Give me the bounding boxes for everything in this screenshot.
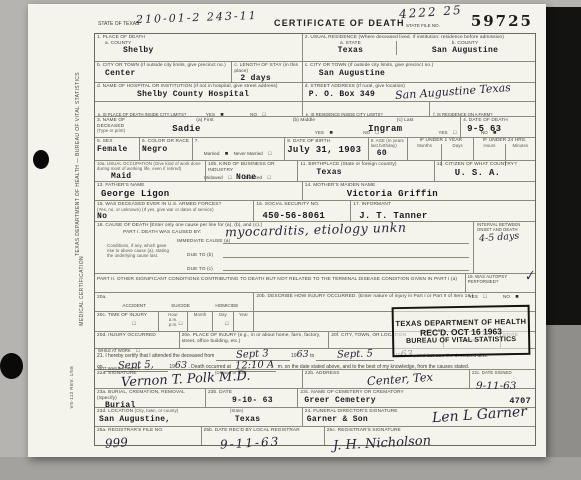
field-date-of-death: 4. DATE OF DEATH 9-5 63 — [460, 117, 535, 137]
from-year-handwritten: 63 — [297, 350, 309, 360]
attended-to-slot: Sept. 5 — [316, 350, 394, 361]
field-residence-city: c. CITY OR TOWN (If outside city limits,… — [302, 62, 535, 82]
row-sex-race-marital: 5. SEX Female 6. COLOR OR RACE Negro 7. … — [95, 137, 535, 160]
row-armed-ssn-informant: 15. WAS DECEASED EVER IN U.S. ARMED FORC… — [95, 200, 535, 221]
row-occupation: 10a. USUAL OCCUPATION (Give kind of work… — [95, 160, 535, 181]
accident-label: ACCIDENT — [122, 303, 145, 308]
location-label-text: 23d. LOCATION — [97, 409, 133, 414]
length-of-stay-value: 2 days — [240, 74, 299, 83]
interval-column-divider — [473, 222, 474, 273]
field-first-name: (a) First Sadie — [152, 117, 258, 137]
date-of-birth-value: July 31, 1903 — [287, 145, 366, 155]
field-sex: 5. SEX Female — [95, 138, 139, 160]
last-name-value: Ingram — [368, 124, 458, 134]
year-label: Year — [234, 313, 254, 318]
occupation-label: 10a. USUAL OCCUPATION (Give kind of work… — [97, 162, 203, 172]
row-part2-autopsy: PART II. OTHER SIGNIFICANT CONDITIONS CO… — [95, 273, 535, 292]
day-label: Day — [213, 313, 233, 318]
injury-day-cell: Day — [212, 312, 233, 331]
registrar-file-no-handwritten: 999 — [105, 436, 129, 450]
interval-handwritten: 4-5 days — [479, 232, 520, 244]
registrar-signature-handwritten: J. H. Nicholson — [333, 434, 432, 452]
burial-type-label: 23a. BURIAL, CREMATION, REMOVAL (Specify… — [97, 390, 203, 401]
minutes-label: Minutes — [508, 144, 533, 149]
scanner-black-margin — [546, 7, 581, 325]
certificate-number: 59725 — [471, 12, 533, 30]
row-place-residence: 1. PLACE OF DEATH a. COUNTY Shelby 2. US… — [95, 34, 535, 61]
certificate-header: STATE OF TEXAS 210-01-2 243-11 CERTIFICA… — [94, 10, 536, 33]
cause-line-c — [223, 270, 469, 271]
business-value: None — [236, 173, 295, 182]
burial-date-value: 9-10- 63 — [232, 396, 295, 405]
field-usual-residence: 2. USUAL RESIDENCE (Where deceased lived… — [302, 34, 535, 61]
cemetery-value: Greer Cemetery — [304, 396, 533, 405]
fathers-name-value: George Ligon — [101, 189, 300, 199]
residence-county-cell: b. COUNTY San Augustine — [396, 41, 533, 56]
homicide-label: HOMICIDE — [215, 303, 238, 308]
field-if-under-1-year: IF UNDER 1 YEAR Months Days — [407, 138, 473, 160]
field-last-name: (c) Last Ingram — [350, 117, 460, 137]
pm-label: p.m. — [159, 323, 187, 328]
row-city-stay: b. CITY OR TOWN (If outside city limits,… — [95, 61, 535, 82]
cause-line-b — [223, 257, 469, 258]
county-value: Shelby — [123, 46, 300, 55]
field-color-race: 6. COLOR OR RACE Negro — [139, 138, 192, 160]
marital-number-label: 7. — [195, 139, 199, 145]
never-married-checkbox: □ — [268, 151, 271, 157]
armed-forces-value: No — [97, 212, 251, 221]
residence-state-county-split: a. STATE Texas b. COUNTY San Augustine — [305, 41, 533, 56]
length-of-stay-label: c. LENGTH OF STAY (in this place) — [234, 63, 299, 74]
never-married-label: Never Married — [234, 151, 263, 158]
field-middle-name: (b) Middle — [258, 117, 350, 137]
ssn-value: 450-56-8061 — [262, 211, 348, 221]
field-injury-occurred: 20d. INJURY OCCURRED WHILE AT WORK □ NOT… — [95, 332, 179, 348]
margin-department-vertical-text: TEXAS DEPARTMENT OF HEALTH — BUREAU OF V… — [75, 72, 81, 256]
date-of-death-value: 9-5 63 — [467, 124, 533, 134]
place-city-label: b. CITY OR TOWN (If outside city limits,… — [97, 63, 229, 69]
field-death-inside-city-limits: e. IS PLACE OF DEATH INSIDE CITY LIMITS?… — [95, 102, 302, 116]
field-accident-suicide-homicide: 20a. ACCIDENT □ SUICIDE □ HOMICIDE □ — [95, 293, 253, 311]
field-physician-address: 22b. ADDRESS Center, Tex — [302, 370, 469, 388]
field-burial-type: 23a. BURIAL, CREMATION, REMOVAL (Specify… — [95, 389, 205, 407]
attended-to-handwritten: Sept. 5 — [337, 349, 373, 360]
field-funeral-director: 24. FUNERAL DIRECTOR'S SIGNATURE Garner … — [302, 408, 535, 426]
field-physician-signature: 22a. SIGNATURE Vernon T. Polk M.D. (Degr… — [95, 370, 302, 388]
field-business-industry: 10b. KIND OF BUSINESS OR INDUSTRY None — [205, 161, 297, 181]
due-to-b-label: DUE TO (b) — [187, 253, 213, 259]
row-city-limits-checkboxes: e. IS PLACE OF DEATH INSIDE CITY LIMITS?… — [95, 101, 535, 116]
registrar-file-no-label: 25a. REGISTRAR'S FILE NO. — [97, 428, 199, 434]
row-burial: 23a. BURIAL, CREMATION, REMOVAL (Specify… — [95, 388, 535, 407]
field-place-of-death-county: 1. PLACE OF DEATH a. COUNTY Shelby — [95, 34, 302, 61]
field-autopsy: 19. WAS AUTOPSY PERFORMED? YES □ NO ■ ✓ — [465, 274, 535, 292]
sex-value: Female — [97, 145, 137, 154]
field-date-of-birth: 8. DATE OF BIRTH July 31, 1903 — [284, 138, 368, 160]
injury-occurred-label: 20d. INJURY OCCURRED — [97, 333, 177, 339]
certificate-paper: TEXAS DEPARTMENT OF HEALTH — BUREAU OF V… — [28, 4, 546, 457]
time-of-injury-label-cell: 20c. TIME OF INJURY — [95, 312, 158, 331]
married-label: Married — [204, 151, 220, 158]
mothers-name-value: Victoria Griffin — [347, 189, 533, 199]
color-race-value: Negro — [142, 145, 190, 154]
field-street-address: d. STREET ADDRESS (If rural, give locati… — [302, 83, 535, 101]
death-certificate-scan: TEXAS DEPARTMENT OF HEALTH — BUREAU OF V… — [0, 0, 581, 480]
months-label: Months — [410, 144, 439, 149]
hospital-value: Shelby County Hospital — [137, 90, 300, 99]
field-cause-of-death: 18. CAUSE OF DEATH [Enter only one cause… — [95, 222, 535, 273]
field-residence-on-farm: f. IS RESIDENCE ON A FARM? YES □ NO ■ — [429, 102, 535, 116]
injury-month-cell: Month — [187, 312, 212, 331]
row-registrar: 25a. REGISTRAR'S FILE NO. 999 25b. DATE … — [95, 426, 535, 445]
part2-label: PART II. OTHER SIGNIFICANT CONDITIONS CO… — [97, 277, 463, 283]
field-citizen-of: 12. CITIZEN OF WHAT COUNTRY? U. S. A. — [434, 161, 535, 181]
row-parents: 13. FATHER'S NAME George Ligon 14. MOTHE… — [95, 181, 535, 200]
field-name-of-deceased-label: 3. NAME OF DECEASED (Type or print) — [95, 117, 152, 137]
field-usual-occupation: 10a. USUAL OCCUPATION (Give kind of work… — [95, 161, 205, 181]
field-social-security: 16. SOCIAL SECURITY NO. 450-56-8061 — [253, 201, 350, 221]
time-of-injury-label: 20c. TIME OF INJURY — [97, 313, 156, 319]
first-name-value: Sadie — [172, 124, 256, 134]
middle-name-label: (b) Middle — [260, 118, 348, 124]
certificate-title: CERTIFICATE OF DEATH — [274, 18, 405, 28]
occupation-value: Maid — [111, 172, 203, 181]
field-residence-inside-city-limits: e. IS RESIDENCE INSIDE CITY LIMITS? YES … — [302, 102, 430, 116]
received-date-stamp: TEXAS DEPARTMENT OF HEALTH REC'D. OCT 16… — [392, 305, 531, 357]
field-age: 9. AGE (In years last birthday) 60 — [368, 138, 408, 160]
field-marital-status: 7. Married ■ Never Married □ Widowed □ D… — [192, 138, 284, 160]
field-date-received: 25b. DATE REC'D BY LOCAL REGISTRAR 9-11-… — [201, 427, 324, 445]
burial-state-value: Texas — [195, 415, 299, 424]
hospital-label: d. NAME OF HOSPITAL OR INSTITUTION (If n… — [97, 84, 300, 90]
place-city-value: Center — [105, 69, 229, 78]
field-date-signed: 22c. DATE SIGNED 9-11-63 — [469, 370, 535, 388]
margin-medical-certification-vertical-text: MEDICAL CERTIFICATION — [79, 256, 85, 326]
field-burial-date: 23b. DATE 9-10- 63 — [205, 389, 297, 407]
field-registrar-file-no: 25a. REGISTRAR'S FILE NO. 999 — [95, 427, 201, 445]
describe-injury-label: 20b. DESCRIBE HOW INJURY OCCURRED. (Ente… — [256, 294, 533, 300]
state-of-texas-label: STATE OF TEXAS — [98, 21, 139, 27]
row-name-of-deceased: 3. NAME OF DECEASED (Type or print) (a) … — [95, 116, 535, 137]
field-burial-location: 23d. LOCATION (City, town, or county) (S… — [95, 408, 302, 426]
field-registrar-signature: 25c. REGISTRAR'S SIGNATURE J. H. Nichols… — [324, 427, 535, 445]
field-time-of-injury: 20c. TIME OF INJURY Hour a.m. p.m. Month… — [95, 312, 253, 331]
row-location-funeral-director: 23d. LOCATION (City, town, or county) (S… — [95, 407, 535, 426]
field-hospital: d. NAME OF HOSPITAL OR INSTITUTION (If n… — [95, 83, 302, 101]
cert-to-label: to — [310, 353, 314, 359]
field-length-of-stay: c. LENGTH OF STAY (in this place) 2 days — [231, 62, 301, 82]
manner-number-label: 20a. — [97, 295, 107, 301]
ssn-label: 16. SOCIAL SECURITY NO. — [256, 202, 348, 208]
certificate-form: 1. PLACE OF DEATH a. COUNTY Shelby 2. US… — [94, 33, 536, 446]
field-if-under-24-hrs: IF UNDER 24 HRS. Hours Minutes — [473, 138, 535, 160]
field-mothers-maiden-name: 14. MOTHER'S MAIDEN NAME Victoria Griffi… — [302, 182, 535, 200]
immediate-cause-handwritten: myocarditis, etiology unkn — [225, 222, 407, 239]
field-birthplace: 11. BIRTHPLACE (State or foreign country… — [297, 161, 433, 181]
date-received-handwritten: 9-11-63 — [219, 435, 280, 450]
punch-hole-top — [33, 150, 49, 169]
color-race-label: 6. COLOR OR RACE — [142, 139, 190, 145]
cert-text-1a: 21. I hereby certify that I attended the… — [97, 353, 214, 359]
date-received-label: 25b. DATE REC'D BY LOCAL REGISTRAR — [204, 428, 322, 434]
physician-address-handwritten: Center, Tex — [366, 372, 433, 388]
residence-city-value: San Augustine — [319, 69, 533, 78]
informant-label: 17. INFORMANT — [353, 202, 533, 208]
punch-hole-bottom — [0, 353, 23, 379]
field-fathers-name: 13. FATHER'S NAME George Ligon — [95, 182, 302, 200]
stamp-line-3: BUREAU OF VITAL STATISTICS — [394, 336, 528, 345]
scanner-gray-margin-bottom — [0, 457, 581, 480]
month-label: Month — [188, 313, 212, 318]
place-of-injury-label: 20e. PLACE OF INJURY (e.g., in or about … — [182, 333, 327, 344]
residence-state-value: Texas — [307, 46, 394, 55]
row-hospital-street: d. NAME OF HOSPITAL OR INSTITUTION (If n… — [95, 82, 535, 101]
cause-line-a — [223, 243, 469, 244]
field-place-city: b. CITY OR TOWN (If outside city limits,… — [95, 62, 231, 82]
injury-year-cell: Year — [233, 312, 254, 331]
suicide-label: SUICIDE — [171, 303, 190, 308]
residence-state-cell: a. STATE Texas — [305, 41, 396, 56]
row-cause-of-death: 18. CAUSE OF DEATH [Enter only one cause… — [95, 221, 535, 273]
business-label: 10b. KIND OF BUSINESS OR INDUSTRY — [208, 162, 295, 173]
conditions-note: Conditions, if any, which gave rise to a… — [107, 244, 169, 259]
age-label: 9. AGE (In years last birthday) — [371, 139, 406, 149]
margin-form-code-vertical-text: VS-112 REV. 1/58 — [69, 366, 74, 408]
field-place-of-injury: 20e. PLACE OF INJURY (e.g., in or about … — [179, 332, 329, 348]
field-cemetery: 23c. NAME OF CEMETERY OR CREMATORY Greer… — [297, 389, 535, 407]
birthplace-value: Texas — [316, 168, 431, 177]
accession-number-handwritten: 210-01-2 243-11 — [136, 10, 258, 25]
burial-city-value: San Augustine, — [99, 415, 195, 424]
state-file-no-label: STATE FILE NO. — [406, 23, 440, 28]
field-informant: 17. INFORMANT J. T. Tanner — [350, 201, 535, 221]
field-armed-forces: 15. WAS DECEASED EVER IN U.S. ARMED FORC… — [95, 201, 253, 221]
location-state-sublabel: (State) — [230, 408, 244, 413]
location-city-sublabel: (City, town, or county) — [135, 408, 179, 413]
citizen-value: U. S. A. — [455, 168, 533, 178]
hours-label: Hours — [476, 144, 502, 149]
field-part2-conditions: PART II. OTHER SIGNIFICANT CONDITIONS CO… — [95, 274, 465, 292]
days-label: Days — [444, 144, 472, 149]
married-checkbox: ■ — [225, 151, 228, 157]
date-signed-label: 22c. DATE SIGNED — [472, 371, 533, 376]
residence-county-value: San Augustine — [399, 46, 531, 55]
due-to-c-label: DUE TO (c) — [187, 267, 213, 273]
row-physician-signature: 22a. SIGNATURE Vernon T. Polk M.D. (Degr… — [95, 369, 535, 388]
state-file-number-handwritten: 4222 25 — [399, 4, 463, 20]
name-deceased-sublabel: (Type or print) — [97, 129, 150, 134]
injury-hour-cell: Hour a.m. p.m. — [158, 312, 187, 331]
part1-label: PART I. DEATH WAS CAUSED BY: — [123, 230, 202, 236]
age-value: 60 — [377, 149, 406, 158]
